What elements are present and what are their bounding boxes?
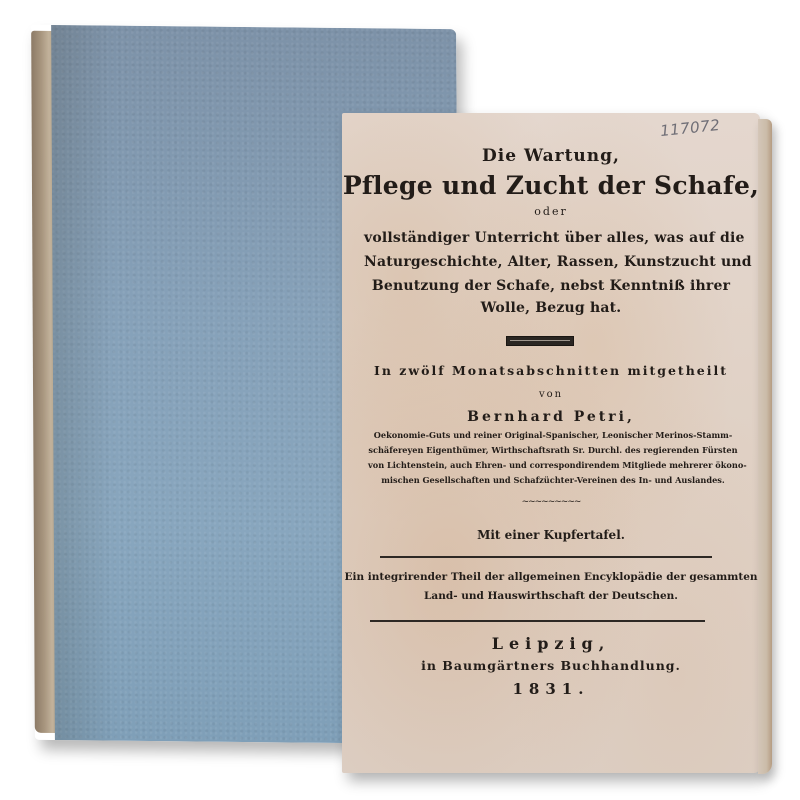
conjunction: oder xyxy=(342,205,760,218)
divider-rule xyxy=(370,620,705,622)
catalog-number: 117072 xyxy=(659,116,721,140)
encyclopedia-note-line: Land- und Hauswirthschaft der Deutschen. xyxy=(342,590,760,602)
author-description-line: Oekonomie-Guts und reiner Original-Spani… xyxy=(368,430,738,440)
publication-place: Leipzig, xyxy=(342,634,760,653)
subtitle-line: Benutzung der Schafe, nebst Kenntniß ihr… xyxy=(364,278,738,294)
publication-year: 1831. xyxy=(342,680,760,698)
subtitle-line: Naturgeschichte, Alter, Rassen, Kunstzuc… xyxy=(364,254,738,270)
author-name: Bernhard Petri, xyxy=(342,409,760,425)
encyclopedia-note-line: Ein integrirender Theil der allgemeinen … xyxy=(342,571,760,583)
subtitle-line: Wolle, Bezug hat. xyxy=(364,300,738,316)
ornament-bar xyxy=(506,336,574,346)
divider-rule xyxy=(380,556,712,558)
publisher: in Baumgärtners Buchhandlung. xyxy=(342,658,760,673)
cover-shadow xyxy=(51,25,115,741)
title-line-1: Die Wartung, xyxy=(342,146,760,166)
by-label: von xyxy=(342,389,760,400)
subtitle-line: vollständiger Unterricht über alles, was… xyxy=(364,230,738,246)
title-line-2: Pflege und Zucht der Schafe, xyxy=(342,171,760,200)
author-description-line: mischen Gesellschaften und Schafzüchter-… xyxy=(368,475,738,485)
ornament-rule: ~~~~~~~~~ xyxy=(342,497,760,507)
author-description-line: von Lichtenstein, auch Ehren- und corres… xyxy=(368,460,738,470)
plate-note: Mit einer Kupfertafel. xyxy=(342,528,760,542)
title-page: 117072 Die Wartung, Pflege und Zucht der… xyxy=(342,113,760,773)
page-block-edge xyxy=(758,119,772,774)
sections-note: In zwölf Monatsabschnitten mitgetheilt xyxy=(342,363,760,378)
author-description-line: schäfereyen Eigenthümer, Wirthschaftsrat… xyxy=(368,445,738,455)
